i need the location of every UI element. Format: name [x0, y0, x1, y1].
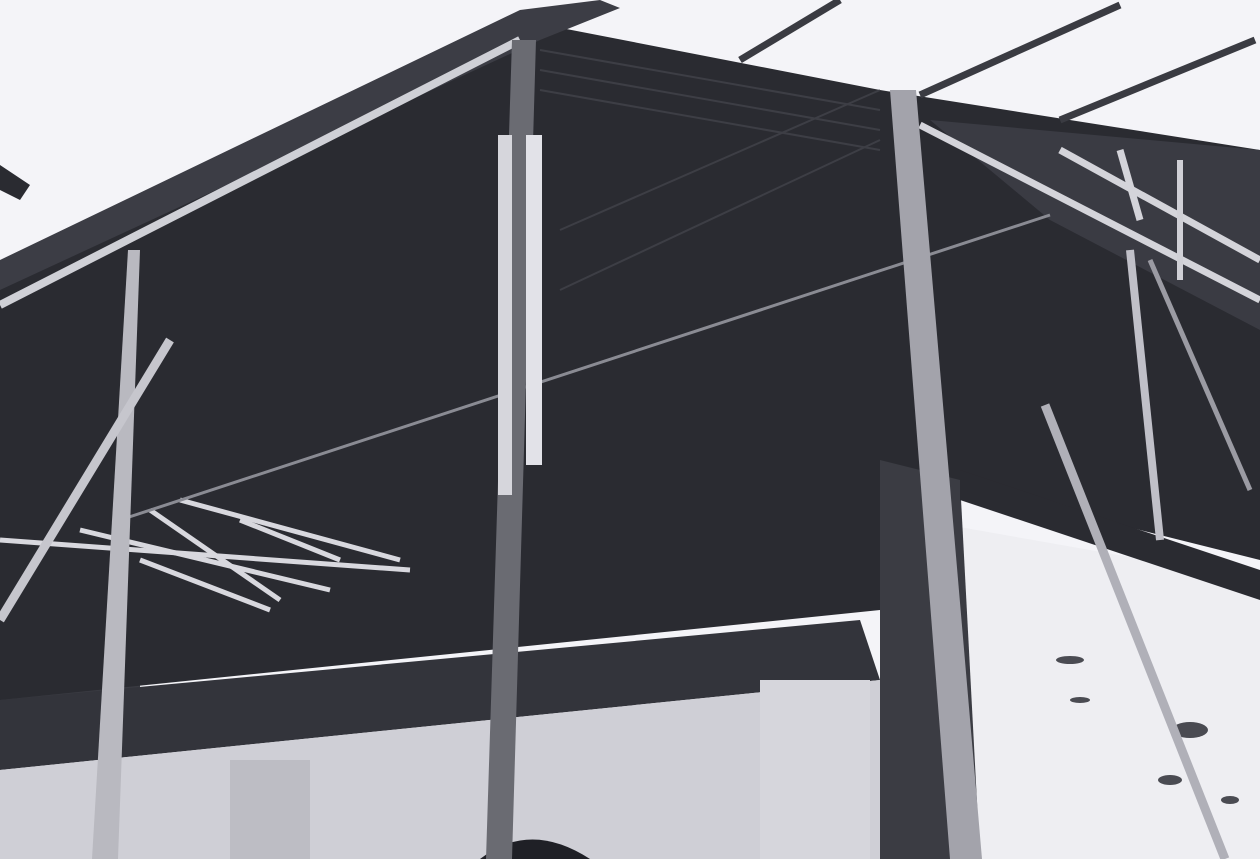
building-scene: [0, 0, 1260, 859]
photograph: [0, 0, 1260, 859]
pilaster-right: [760, 680, 870, 859]
pilaster: [230, 760, 310, 859]
pole-center-splint-right: [526, 135, 542, 465]
pole-center-splint-left: [498, 135, 512, 495]
